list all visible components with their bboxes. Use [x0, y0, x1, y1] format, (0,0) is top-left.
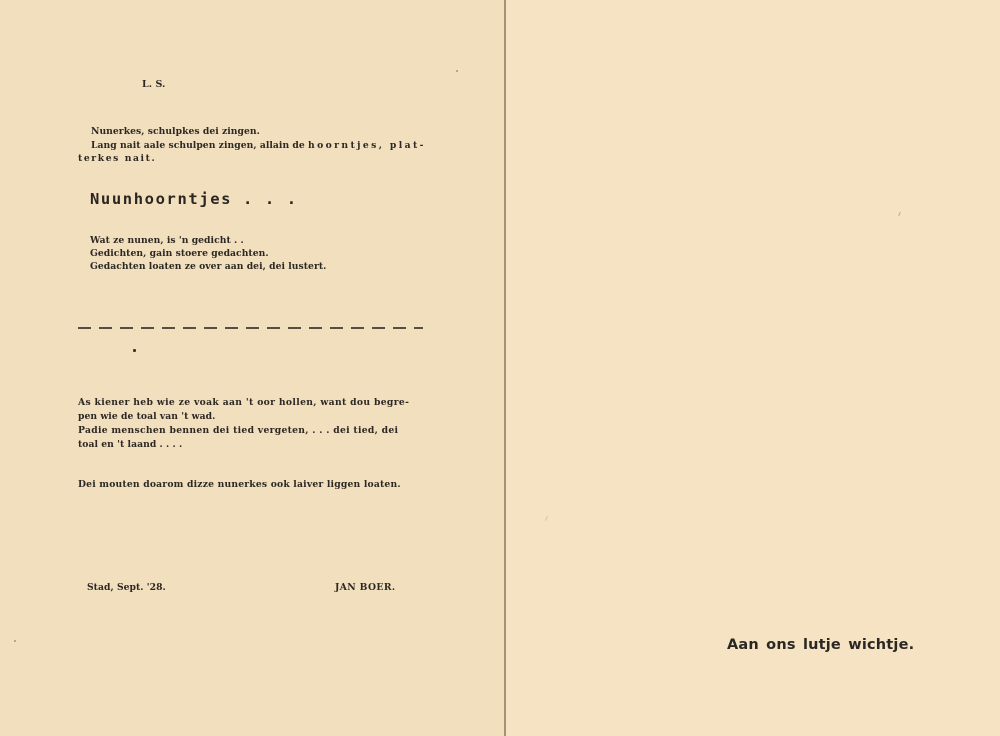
salutation: L. S. [142, 79, 165, 91]
author-signature: JAN BOER. [335, 582, 395, 594]
paragraph-line-3: Padie menschen bennen dei tied vergeten,… [78, 425, 398, 437]
paper-speck [456, 70, 458, 72]
intro-line-1: Nunerkes, schulpkes dei zingen. [91, 126, 260, 138]
intro-line-2-spaced: hoorntjes, plat- [308, 140, 426, 151]
intro-line-2-prefix: Lang nait aale schulpen zingen, allain d… [91, 140, 308, 151]
right-page: Aan ons lutje wichtje. [506, 0, 1000, 736]
verse-line-3: Gedachten loaten ze over aan dei, dei lu… [90, 261, 326, 273]
book-spread: L. S. Nunerkes, schulpkes dei zingen. La… [0, 0, 1000, 736]
verse-line-1: Wat ze nunen, is 'n gedicht . . [90, 235, 244, 247]
paper-speck [545, 516, 548, 521]
verse-line-2: Gedichten, gain stoere gedachten. [90, 248, 269, 260]
left-page: L. S. Nunerkes, schulpkes dei zingen. La… [0, 0, 505, 736]
paragraph-line-1: As kiener heb wie ze voak aan 't oor hol… [78, 397, 409, 409]
paragraph-line-4: toal en 't laand . . . . [78, 439, 182, 451]
paper-speck [898, 212, 901, 216]
intro-line-2: Lang nait aale schulpen zingen, allain d… [91, 140, 426, 152]
paragraph-line-2: pen wie de toal van 't wad. [78, 411, 215, 423]
ink-dot [133, 349, 136, 352]
dashed-separator [78, 327, 423, 329]
intro-line-3: terkes nait. [78, 153, 156, 165]
place-date: Stad, Sept. '28. [87, 582, 166, 594]
closing-line: Dei mouten doarom dizze nunerkes ook lai… [78, 479, 401, 491]
paper-speck [14, 640, 16, 642]
section-heading: Nuunhoorntjes . . . [90, 190, 298, 208]
dedication: Aan ons lutje wichtje. [727, 637, 914, 653]
